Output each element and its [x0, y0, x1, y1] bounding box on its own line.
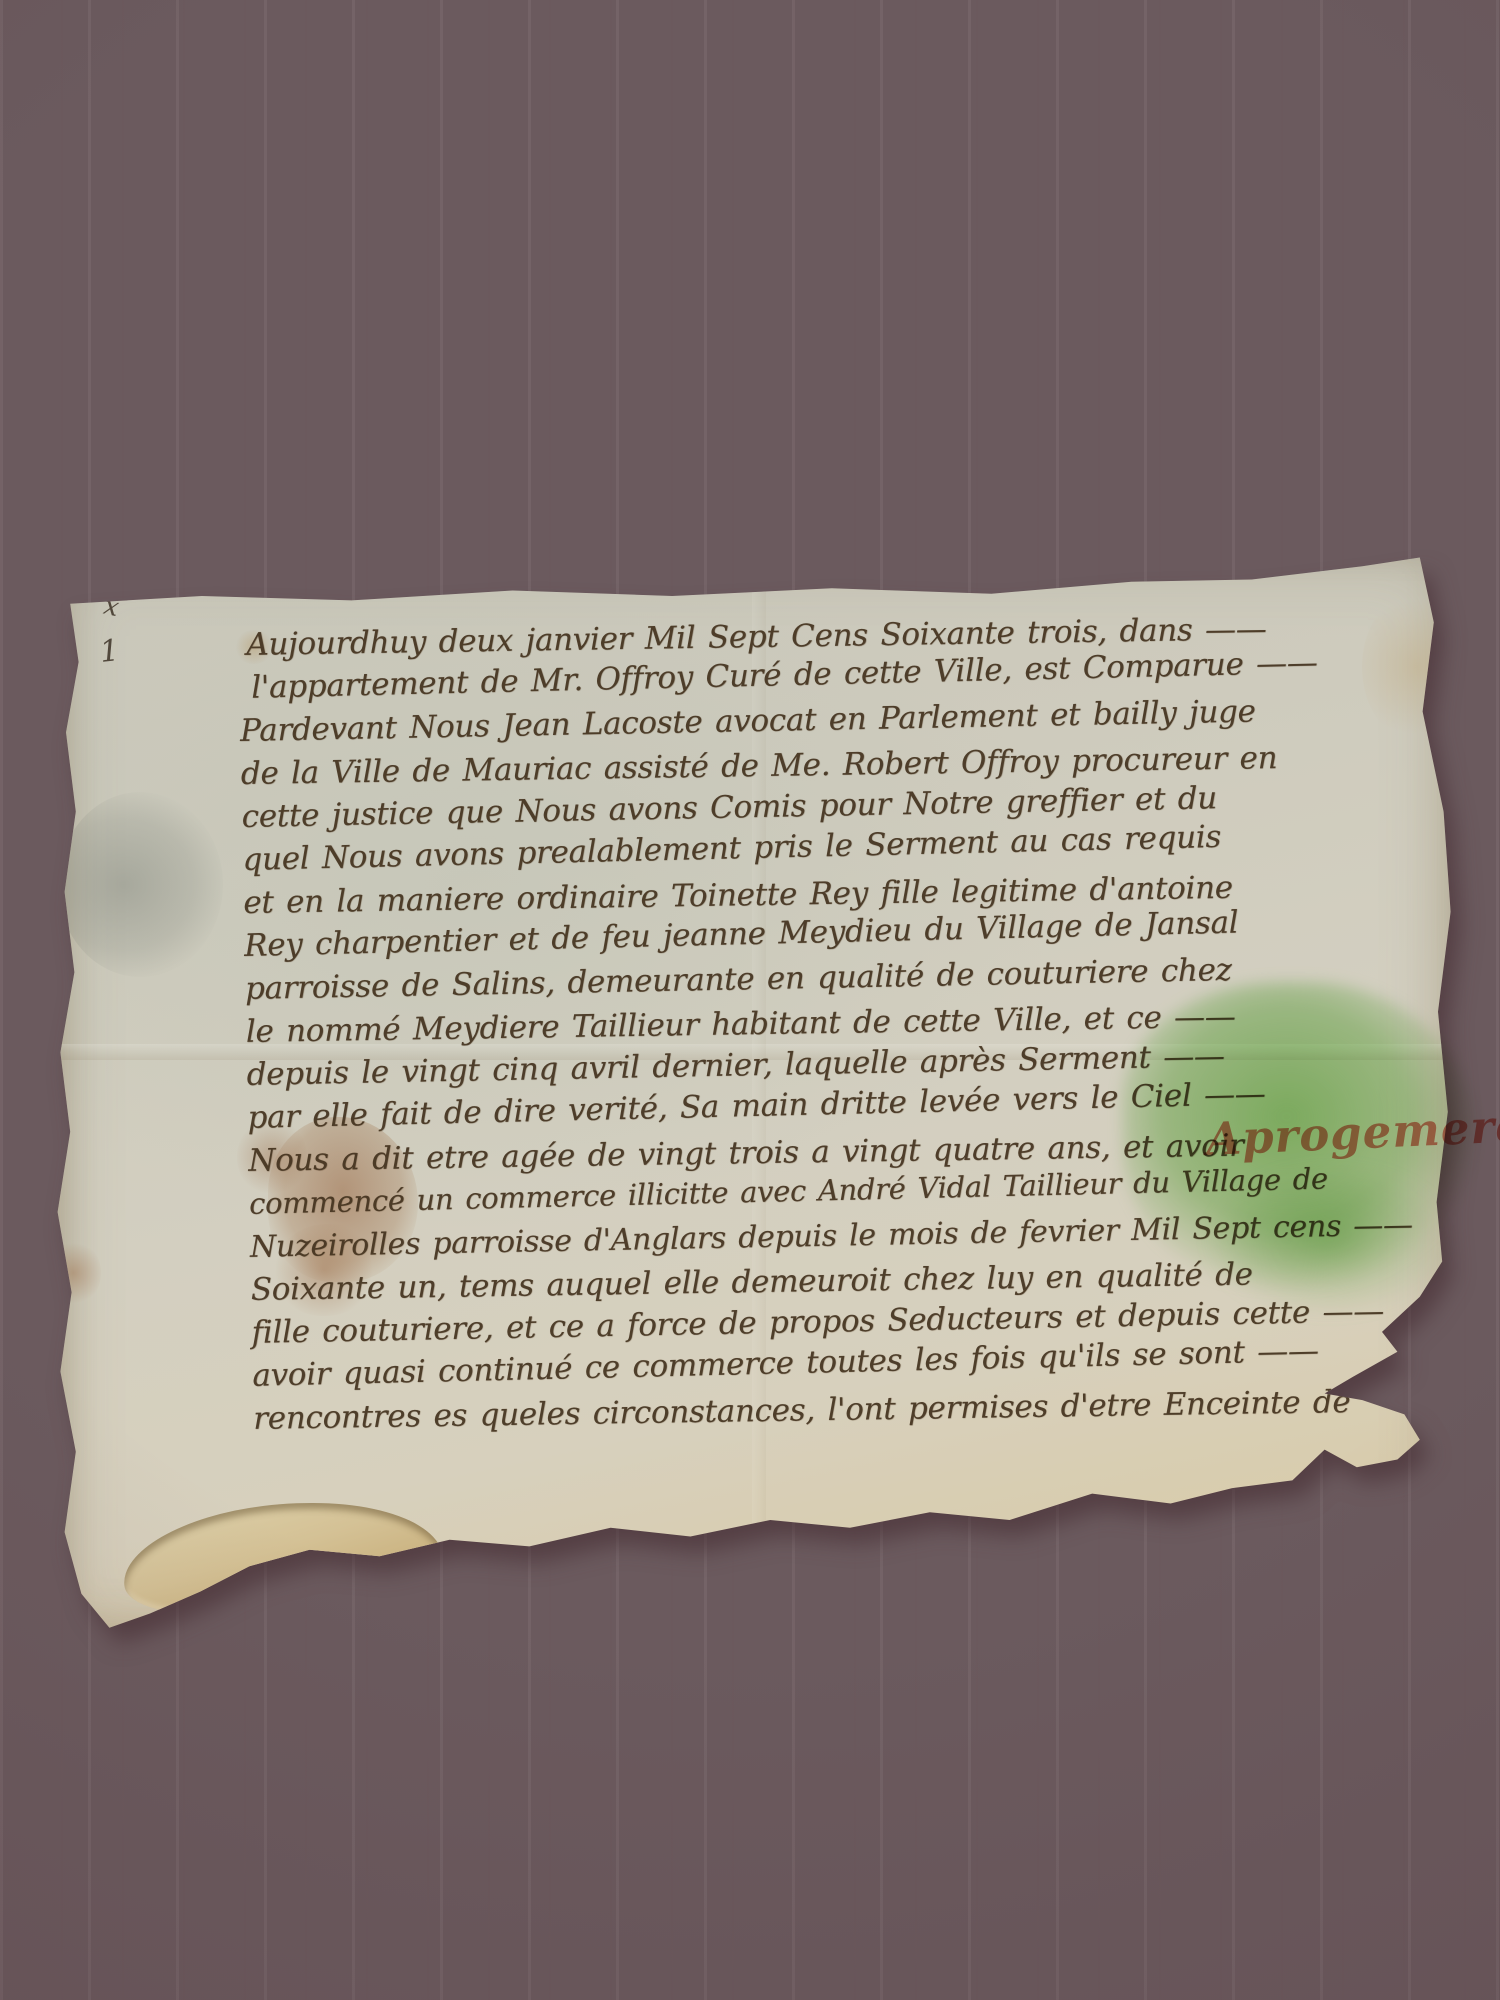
photo-backdrop: x 1 Aujourdhuy deux janvier Mil Sept Cen… — [0, 0, 1500, 2000]
watermark-blob-lobe — [1205, 1165, 1455, 1315]
